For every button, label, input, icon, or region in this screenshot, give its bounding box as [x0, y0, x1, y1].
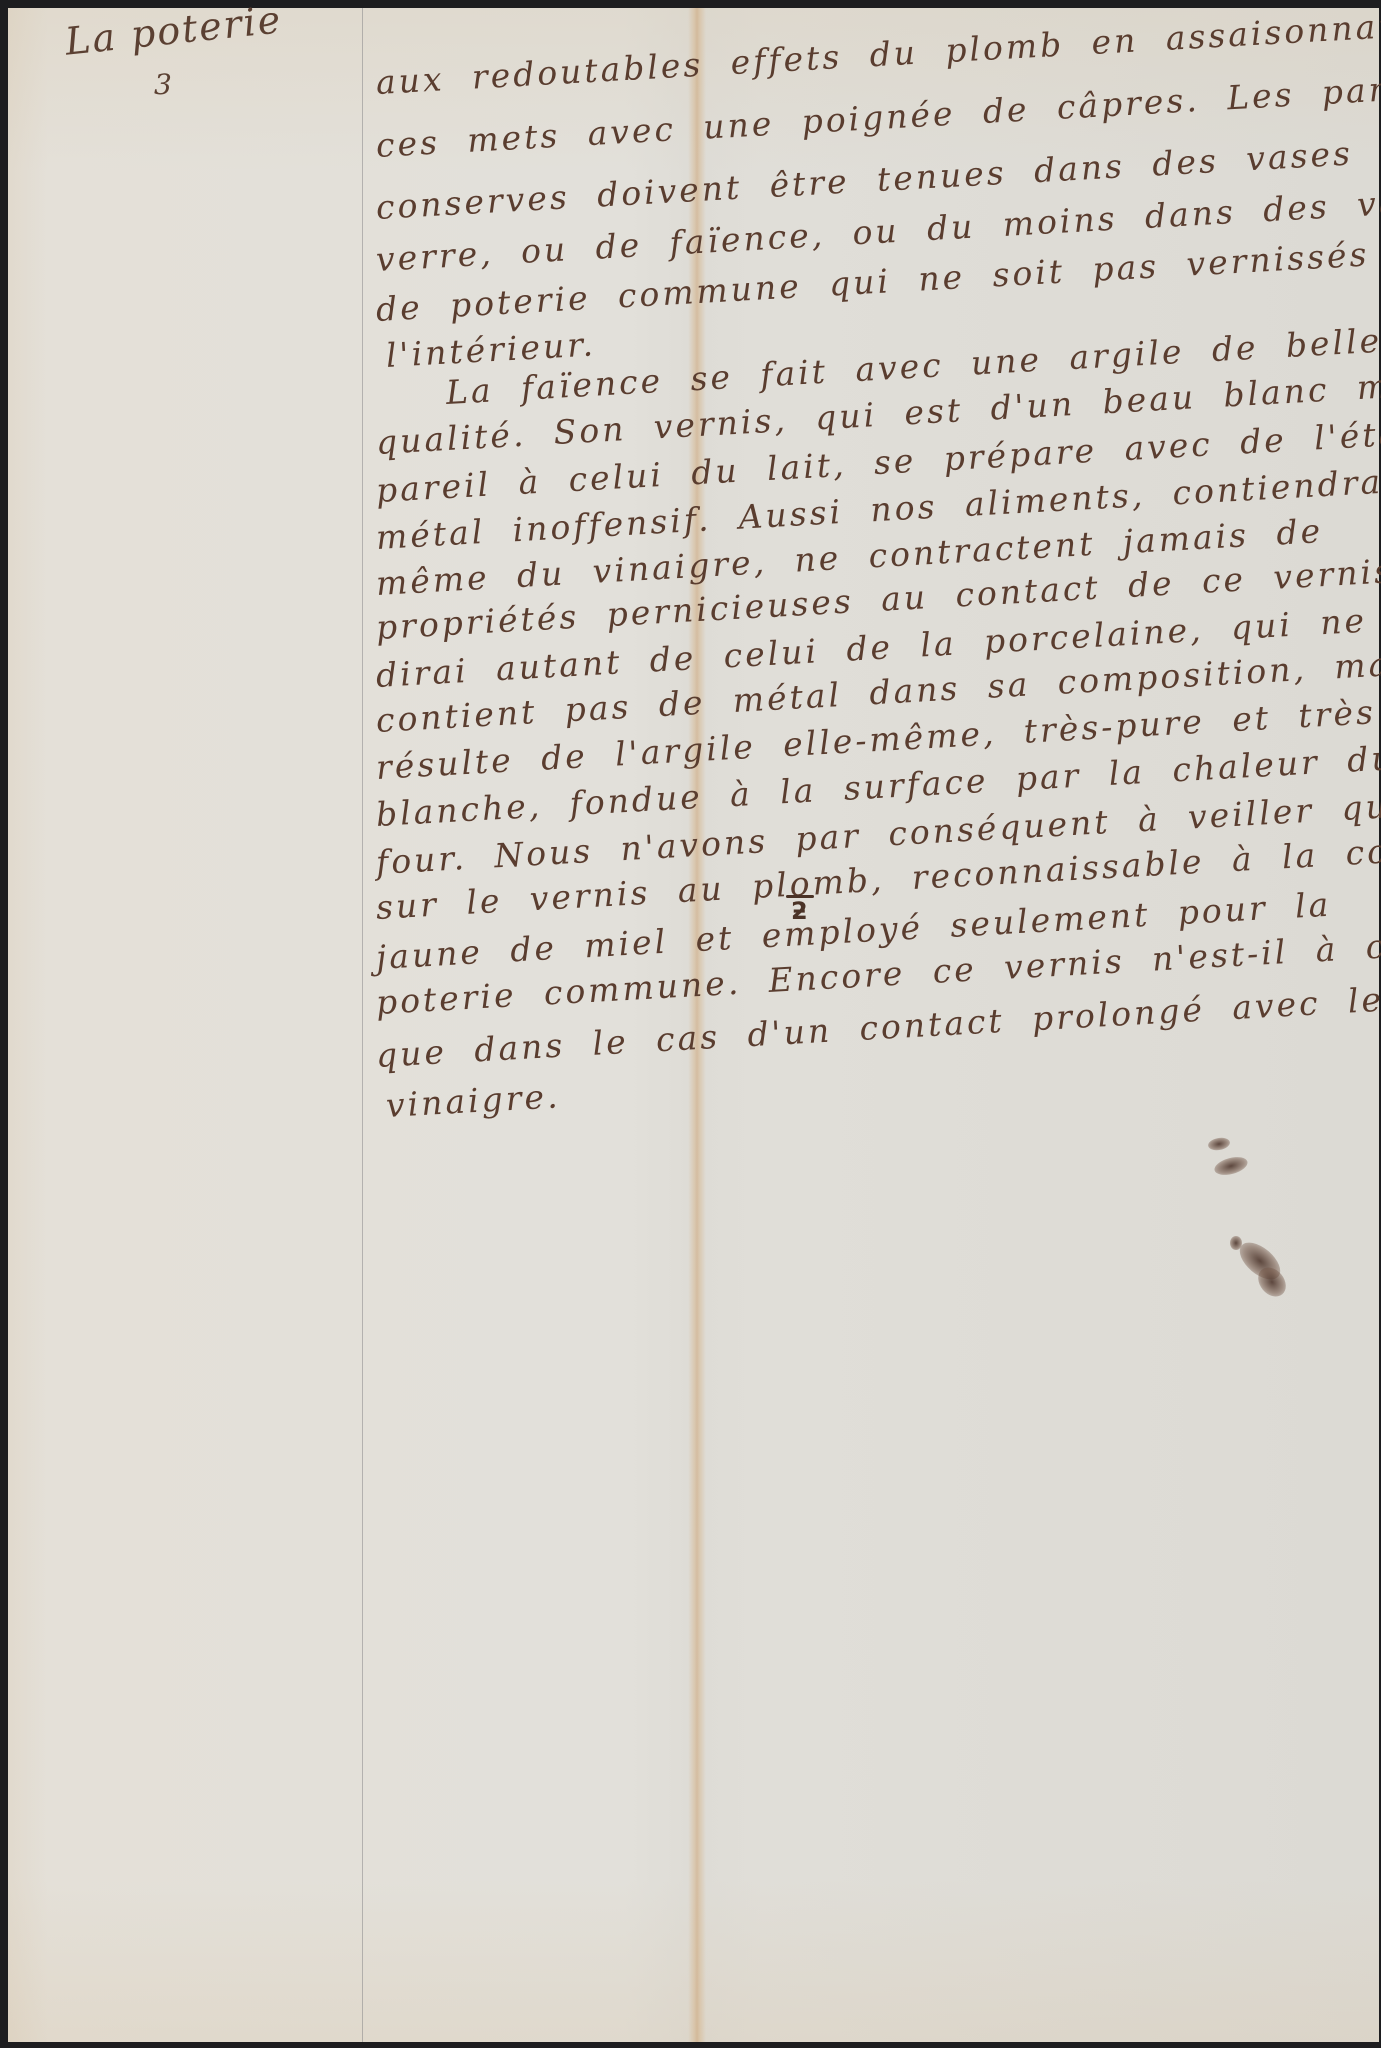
manuscript-page: La poterie 3 aux redoutables effets du p…	[8, 8, 1379, 2042]
end-mark-glyph: ƻ	[791, 897, 808, 925]
ink-stain	[1207, 1136, 1231, 1152]
margin-heading: La poterie	[63, 0, 284, 64]
ink-stain	[1213, 1154, 1250, 1178]
page-number: 3	[154, 68, 172, 101]
manuscript-line: vinaigre.	[385, 1076, 562, 1125]
end-of-text-mark: ƻ	[786, 893, 816, 923]
margin-rule-line	[362, 8, 363, 2042]
